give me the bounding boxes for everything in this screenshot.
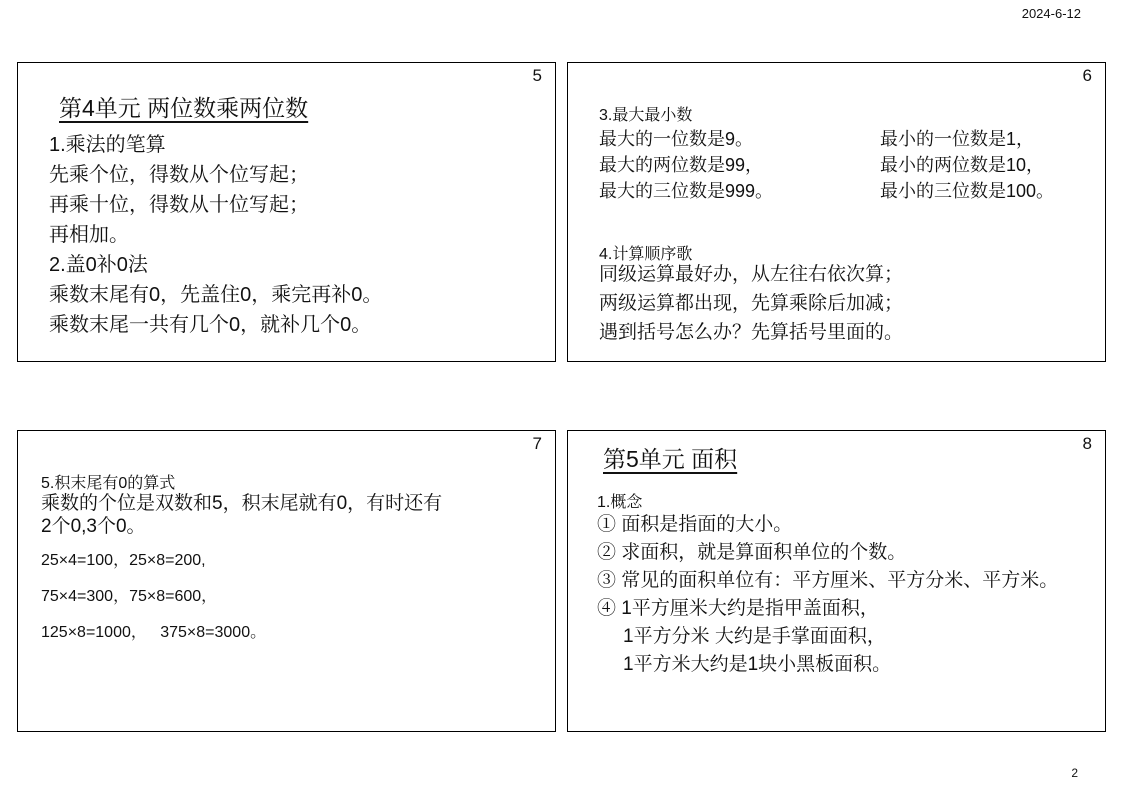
slide-8-heading: 1.概念 [597, 489, 642, 512]
text-line: 乘数的个位是双数和5，积末尾就有0，有时还有 [41, 492, 442, 515]
slide-5-body: 1.乘法的笔算 先乘个位，得数从个位写起； 再乘十位，得数从十位写起； 再相加。… [49, 130, 382, 340]
slide-7-paragraph: 乘数的个位是双数和5，积末尾就有0，有时还有 2个0,3个0。 [41, 492, 442, 538]
formula-line: 25×4=100，25×8=200, [41, 543, 266, 579]
text-line: 乘数末尾有0，先盖住0，乘完再补0。 [49, 280, 382, 310]
text-line: 最大的三位数是999。 [599, 178, 829, 204]
header-date: 2024-6-12 [1022, 6, 1081, 21]
text-line: ① 面积是指面的大小。 [597, 511, 1058, 539]
footer-page-number: 2 [1071, 766, 1078, 780]
text-line: 再乘十位，得数从十位写起； [49, 190, 382, 220]
slide-6-order-body: 同级运算最好办，从左往右依次算； 两级运算都出现，先算乘除后加减； 遇到括号怎么… [599, 260, 903, 347]
slide-6: 6 3.最大最小数 最大的一位数是9。 最大的两位数是99， 最大的三位数是99… [567, 62, 1106, 362]
text-line: 最小的两位数是10， [880, 152, 1054, 178]
slide-6-max-min-columns: 最大的一位数是9。 最大的两位数是99， 最大的三位数是999。 最小的一位数是… [599, 126, 1054, 204]
slide-7-number: 7 [533, 434, 542, 454]
text-line: 1.乘法的笔算 [49, 130, 382, 160]
formula-line: 125×8=1000， 375×8=3000。 [41, 615, 266, 651]
text-line: 2.盖0补0法 [49, 250, 382, 280]
formula-line: 75×4=300，75×8=600， [41, 579, 266, 615]
slide-6-number: 6 [1083, 66, 1092, 86]
slide-8: 8 第5单元 面积 1.概念 ① 面积是指面的大小。 ② 求面积，就是算面积单位… [567, 430, 1106, 732]
text-line: 两级运算都出现，先算乘除后加减； [599, 289, 903, 318]
text-line: 最小的一位数是1， [880, 126, 1054, 152]
text-line: 先乘个位，得数从个位写起； [49, 160, 382, 190]
slide-5-number: 5 [533, 66, 542, 86]
text-line: 最大的一位数是9。 [599, 126, 829, 152]
slide-5: 5 第4单元 两位数乘两位数 1.乘法的笔算 先乘个位，得数从个位写起； 再乘十… [17, 62, 556, 362]
slide-8-title: 第5单元 面积 [603, 441, 737, 474]
slide-7-formulas: 25×4=100，25×8=200, 75×4=300，75×8=600， 12… [41, 543, 266, 651]
min-column: 最小的一位数是1， 最小的两位数是10， 最小的三位数是100。 [880, 126, 1054, 204]
text-line: 再相加。 [49, 220, 382, 250]
text-line: 1平方米大约是1块小黑板面积。 [597, 651, 1058, 679]
text-line: 乘数末尾一共有几个0，就补几个0。 [49, 310, 382, 340]
slide-8-number: 8 [1083, 434, 1092, 454]
slide-5-title: 第4单元 两位数乘两位数 [59, 90, 308, 123]
text-line: 1平方分米 大约是手掌面面积， [597, 623, 1058, 651]
text-line: 2个0,3个0。 [41, 515, 442, 538]
text-line: ③ 常见的面积单位有：平方厘米、平方分米、平方米。 [597, 567, 1058, 595]
slide-7-heading: 5.积末尾有0的算式 [41, 470, 175, 493]
handout-page: 2024-6-12 5 第4单元 两位数乘两位数 1.乘法的笔算 先乘个位，得数… [0, 0, 1122, 793]
text-line: ② 求面积，就是算面积单位的个数。 [597, 539, 1058, 567]
text-line: 遇到括号怎么办？先算括号里面的。 [599, 318, 903, 347]
max-column: 最大的一位数是9。 最大的两位数是99， 最大的三位数是999。 [599, 126, 829, 204]
text-line: 同级运算最好办，从左往右依次算； [599, 260, 903, 289]
text-line: 最大的两位数是99， [599, 152, 829, 178]
text-line: 最小的三位数是100。 [880, 178, 1054, 204]
text-line: ④ 1平方厘米大约是指甲盖面积， [597, 595, 1058, 623]
slide-6-heading-max-min: 3.最大最小数 [599, 102, 692, 125]
slide-7: 7 5.积末尾有0的算式 乘数的个位是双数和5，积末尾就有0，有时还有 2个0,… [17, 430, 556, 732]
slide-8-body: ① 面积是指面的大小。 ② 求面积，就是算面积单位的个数。 ③ 常见的面积单位有… [597, 511, 1058, 679]
